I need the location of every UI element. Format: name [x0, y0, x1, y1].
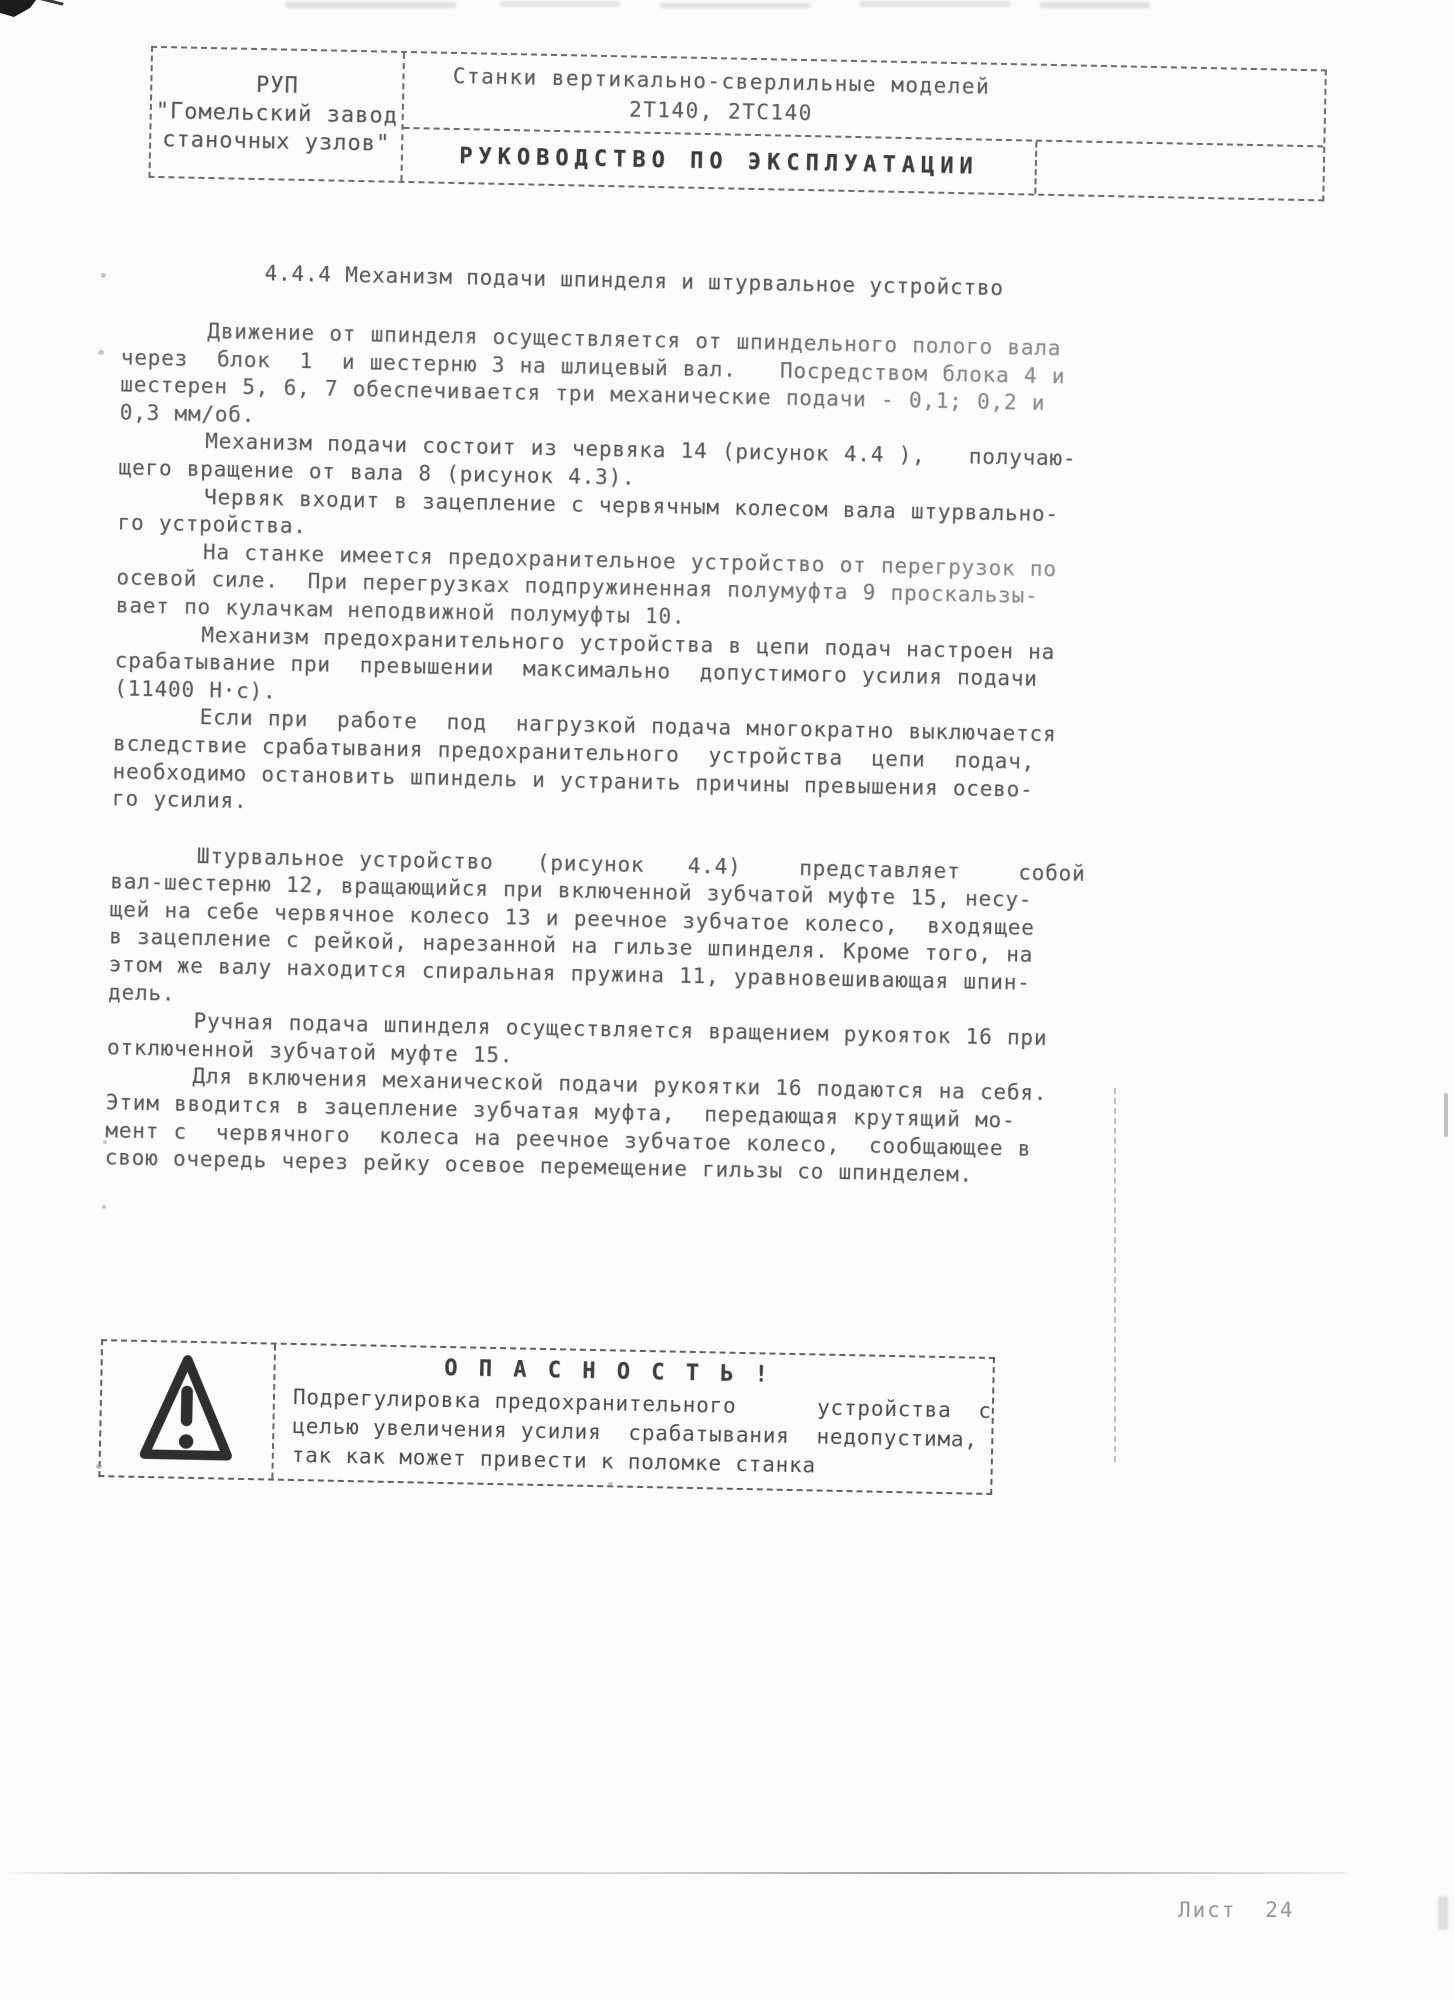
scan-artifact-speck: [96, 1464, 102, 1469]
scan-artifact-edge-mark: [1444, 1093, 1448, 1137]
scan-artifact-speck: [101, 273, 106, 278]
scan-artifact-vertical-dashes: [1114, 1088, 1116, 1462]
header-right-column: Станки вертикально-сверлильные моделей 2…: [402, 53, 1324, 199]
scan-artifact-speck: [98, 350, 104, 355]
body-text: 4.4.4 Механизм подачи шпинделя и штурвал…: [104, 257, 1182, 1193]
section-heading: 4.4.4 Механизм подачи шпинделя и штурвал…: [122, 257, 1182, 305]
scan-artifact-top-noise: [500, 1, 620, 7]
scan-artifact-speck: [103, 1140, 107, 1144]
scan-artifact-top-noise: [660, 3, 810, 8]
paragraph: Если при работе под нагрузкой подача мно…: [112, 703, 1174, 835]
paragraph: Штурвальное устройство (рисунок 4.4) пре…: [108, 841, 1171, 1028]
scan-artifact-top-noise: [1040, 2, 1150, 8]
org-name: РУП "Гомельский завод станочных узлов": [155, 70, 399, 159]
scanned-page: РУП "Гомельский завод станочных узлов" С…: [0, 0, 1454, 2000]
scan-artifact-top-noise: [286, 2, 456, 8]
product-models: Станки вертикально-сверлильные моделей 2…: [404, 60, 1039, 133]
scan-artifact-top-noise: [860, 1, 1010, 7]
scan-artifact-speck: [102, 1205, 106, 1209]
warning-triangle-icon: [138, 1351, 236, 1469]
warning-box: О П А С Н О С Т Ь ! Подрегулировка предо…: [98, 1339, 995, 1495]
sheet-number: Лист 24: [1178, 1898, 1295, 1922]
doc-title-filler-cell: [1036, 142, 1323, 200]
scan-artifact-speck: [608, 1482, 613, 1486]
scan-artifact-footer-line: [0, 1872, 1346, 1874]
warning-icon-cell: [100, 1341, 276, 1478]
org-cell: РУП "Гомельский завод станочных узлов": [150, 48, 405, 181]
header-table: РУП "Гомельский завод станочных узлов" С…: [148, 46, 1326, 202]
paragraph: Движение от шпинделя осуществляется от ш…: [119, 316, 1181, 448]
warning-content: О П А С Н О С Т Ь ! Подрегулировка предо…: [273, 1345, 993, 1493]
scan-artifact-corner-mark: [0, 0, 40, 20]
doc-title: РУКОВОДСТВО ПО ЭКСПЛУАТАЦИИ: [459, 144, 979, 179]
paragraph: Для включения механической подачи рукоят…: [104, 1062, 1166, 1194]
scan-artifact-edge-mark: [1438, 1896, 1448, 1930]
warning-text: Подрегулировка предохранительного устрой…: [291, 1383, 992, 1484]
